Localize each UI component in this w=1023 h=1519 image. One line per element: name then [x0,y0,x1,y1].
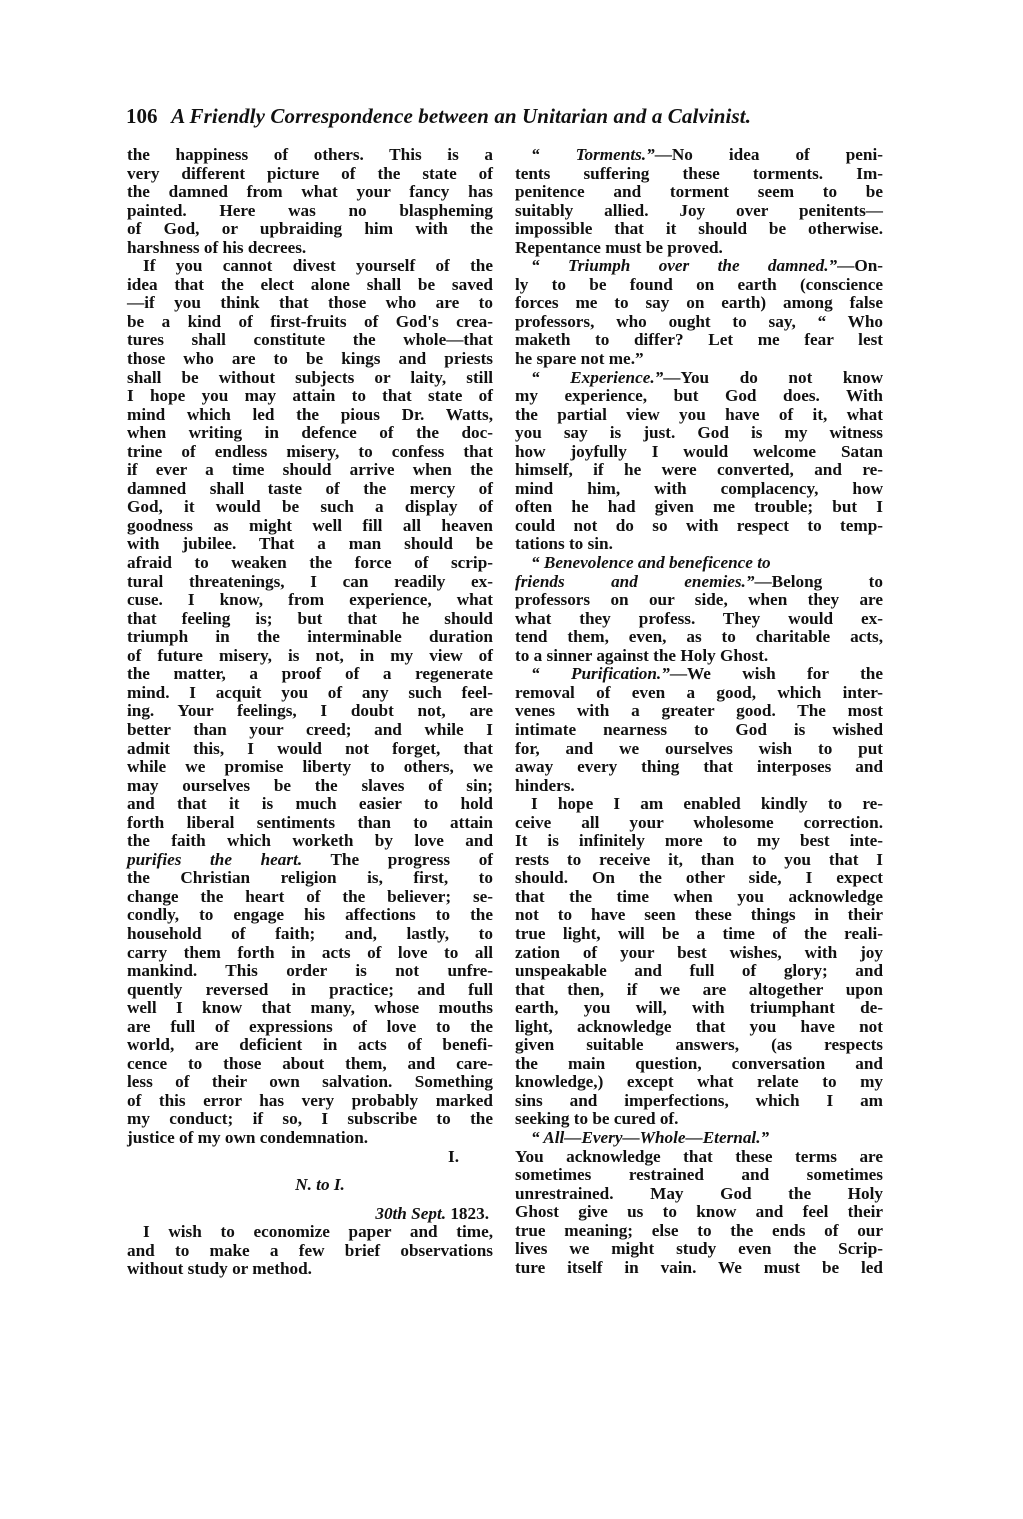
text-line: You acknowledge that these terms are [515,1148,883,1167]
text-line: cence to those about them, and care- [127,1055,493,1074]
italic-text: “ Triumph over the damned.” [531,256,837,275]
text-line: those who are to be kings and priests [127,350,493,369]
text-line: for, and we ourselves wish to put [515,740,883,759]
text-line: better than your creed; and while I [127,721,493,740]
text-line: ceive all your wholesome correction. [515,814,883,833]
right-column: “ Torments.”—No idea of peni-tents suffe… [515,146,883,1277]
text-line: tents suffering these torments. Im- [515,165,883,184]
text-line: cuse. I know, from experience, what [127,591,493,610]
date-month: Sept. [411,1204,446,1223]
text-line: I hope I am enabled kindly to re- [515,795,883,814]
page-number: 106 [126,104,166,128]
right-column-body: “ Torments.”—No idea of peni-tents suffe… [515,146,883,1277]
italic-text: “ Purification.” [531,664,670,683]
text-line: God, it would be such a display of [127,498,493,517]
text-line: forth liberal sentiments than to attain [127,814,493,833]
text-line: may ourselves be the slaves of sin; [127,777,493,796]
text-line: less of their own salvation. Something [127,1073,493,1092]
text-line: the faith which worketh by love and [127,832,493,851]
text-line: “ Torments.”—No idea of peni- [515,146,883,165]
text-line: when writing in defence of the doc- [127,424,493,443]
italic-text: “ Benevolence and beneficence to [531,553,771,572]
text-line: away every thing that interposes and [515,758,883,777]
text-line: how joyfully I would welcome Satan [515,443,883,462]
text-line: penitence and torment seem to be [515,183,883,202]
text-line: be a kind of first-fruits of God's crea- [127,313,493,332]
text-line: mankind. This order is not unfre- [127,962,493,981]
date-day: 30th [375,1204,407,1223]
text-line: professors, who ought to say, “ Who [515,313,883,332]
text-line: removal of even a good, which inter- [515,684,883,703]
text-line: Repentance must be proved. [515,239,883,258]
text-line: the Christian religion is, first, to [127,869,493,888]
text-line: rests to receive it, than to you that I [515,851,883,870]
text-line: —if you think that those who are to [127,294,493,313]
text-line: to a sinner against the Holy Ghost. [515,647,883,666]
text-line: justice of my own condemnation. [127,1129,493,1148]
text-line: triumph in the interminable duration [127,628,493,647]
text-line: true light, will be a time of the reali- [515,925,883,944]
text-line: without study or method. [127,1260,493,1279]
italic-text: “ Experience.” [531,368,663,387]
signature: I. [127,1148,493,1167]
italic-text: “ All—Every—Whole—Eternal.” [531,1128,769,1147]
text-line: true meaning; else to the ends of our [515,1222,883,1241]
text-line: It is infinitely more to my best inte- [515,832,883,851]
text-line: sins and imperfections, which I am [515,1092,883,1111]
text-line: professors on our side, when they are [515,591,883,610]
text-line: goodness as might well fill all heaven [127,517,493,536]
text-line: purifies the heart. The progress of [127,851,493,870]
text-line: often he had given me trouble; but I [515,498,883,517]
text-line: tural threatenings, I can readily ex- [127,573,493,592]
text-line: knowledge,) except what relate to my [515,1073,883,1092]
text-line: tations to sin. [515,535,883,554]
text-line: of this error has very probably marked [127,1092,493,1111]
text-line: friends and enemies.”—Belong to [515,573,883,592]
text-line: I wish to economize paper and time, [127,1223,493,1242]
text-line: world, are deficient in acts of benefi- [127,1036,493,1055]
letter-date: 30th Sept. 1823. [127,1205,493,1224]
text-line: venes with a greater good. The most [515,702,883,721]
text-line: of God, or upbraiding him with the [127,220,493,239]
text-line: impossible that it should be otherwise. [515,220,883,239]
text-line: could not do so with respect to temp- [515,517,883,536]
text-line: mind which led the pious Dr. Watts, [127,406,493,425]
scanned-page: 106 A Friendly Correspondence between an… [0,0,1023,1519]
text-line: sometimes restrained and sometimes [515,1166,883,1185]
text-line: are full of expressions of love to the [127,1018,493,1037]
text-line: “ Benevolence and beneficence to [515,554,883,573]
text-line: ing. Your feelings, I doubt not, are [127,702,493,721]
text-line: light, acknowledge that you have not [515,1018,883,1037]
text-line: and that it is much easier to hold [127,795,493,814]
text-line: change the heart of the believer; se- [127,888,493,907]
text-line: mind him, with complacency, how [515,480,883,499]
italic-text: purifies the heart. [127,850,302,869]
text-line: my conduct; if so, I subscribe to the [127,1110,493,1129]
text-line: If you cannot divest yourself of the [127,257,493,276]
text-line: that the time when you acknowledge [515,888,883,907]
text-line: not to have seen these things in their [515,906,883,925]
text-line: “ Experience.”—You do not know [515,369,883,388]
text-line: afraid to weaken the force of scrip- [127,554,493,573]
text-line: should. On the other side, I expect [515,869,883,888]
text-line: “ Triumph over the damned.”—On- [515,257,883,276]
running-head: 106 A Friendly Correspondence between an… [126,104,886,128]
italic-text: friends and enemies.” [515,572,754,591]
text-line: intimate nearness to God is wished [515,721,883,740]
text-line: if ever a time should arrive when the [127,461,493,480]
text-line: he spare not me.” [515,350,883,369]
text-line: I hope you may attain to that state of [127,387,493,406]
left-column-body: the happiness of others. This is avery d… [127,146,493,1148]
text-line: shall be without subjects or laity, stil… [127,369,493,388]
text-line: “ All—Every—Whole—Eternal.” [515,1129,883,1148]
letter-opening: I wish to economize paper and time,and t… [127,1223,493,1279]
text-line: that feeling is; but that he should [127,610,493,629]
text-line: idea that the elect alone shall be saved [127,276,493,295]
left-column: the happiness of others. This is avery d… [127,146,493,1279]
text-line: and to make a few brief observations [127,1242,493,1261]
text-line: well I know that many, whose mouths [127,999,493,1018]
text-line: ture itself in vain. We must be led [515,1259,883,1278]
text-line: tures shall constitute the whole—that [127,331,493,350]
text-line: while we promise liberty to others, we [127,758,493,777]
text-line: you say is just. God is my witness [515,424,883,443]
text-line: suitably allied. Joy over penitents— [515,202,883,221]
text-line: zation of your best wishes, with joy [515,944,883,963]
text-line: the damned from what your fancy has [127,183,493,202]
text-line: maketh to differ? Let me fear lest [515,331,883,350]
text-line: quently reversed in practice; and full [127,981,493,1000]
text-line: household of faith; and, lastly, to [127,925,493,944]
text-line: painted. Here was no blaspheming [127,202,493,221]
text-line: that then, if we are altogether upon [515,981,883,1000]
text-line: the main question, conversation and [515,1055,883,1074]
text-line: damned shall taste of the mercy of [127,480,493,499]
text-line: with jubilee. That a man should be [127,535,493,554]
text-line: trine of endless misery, to confess that [127,443,493,462]
text-line: “ Purification.”—We wish for the [515,665,883,684]
text-line: forces me to say on earth) among false [515,294,883,313]
text-line: the partial view you have of it, what [515,406,883,425]
text-line: Ghost give us to know and feel their [515,1203,883,1222]
text-line: harshness of his decrees. [127,239,493,258]
text-line: himself, if he were converted, and re- [515,461,883,480]
text-line: earth, you will, with triumphant de- [515,999,883,1018]
italic-text: “ Torments.” [531,145,655,164]
text-line: very different picture of the state of [127,165,493,184]
text-line: lives we might study even the Scrip- [515,1240,883,1259]
text-line: the matter, a proof of a regenerate [127,665,493,684]
text-line: mind. I acquit you of any such feel- [127,684,493,703]
text-line: my experience, but God does. With [515,387,883,406]
text-line: the happiness of others. This is a [127,146,493,165]
text-line: unspeakable and full of glory; and [515,962,883,981]
text-line: hinders. [515,777,883,796]
text-line: what they profess. They would ex- [515,610,883,629]
text-line: ly to be found on earth (conscience [515,276,883,295]
text-line: condly, to engage his affections to the [127,906,493,925]
text-line: given suitable answers, (as respects [515,1036,883,1055]
text-line: tend them, even, as to charitable acts, [515,628,883,647]
text-line: seeking to be cured of. [515,1110,883,1129]
text-line: carry them forth in acts of love to all [127,944,493,963]
text-line: unrestrained. May God the Holy [515,1185,883,1204]
text-line: admit this, I would not forget, that [127,740,493,759]
letter-heading: N. to I. [127,1176,493,1195]
date-year: 1823. [450,1204,489,1223]
running-title: A Friendly Correspondence between an Uni… [171,104,751,128]
text-line: of future misery, is not, in my view of [127,647,493,666]
